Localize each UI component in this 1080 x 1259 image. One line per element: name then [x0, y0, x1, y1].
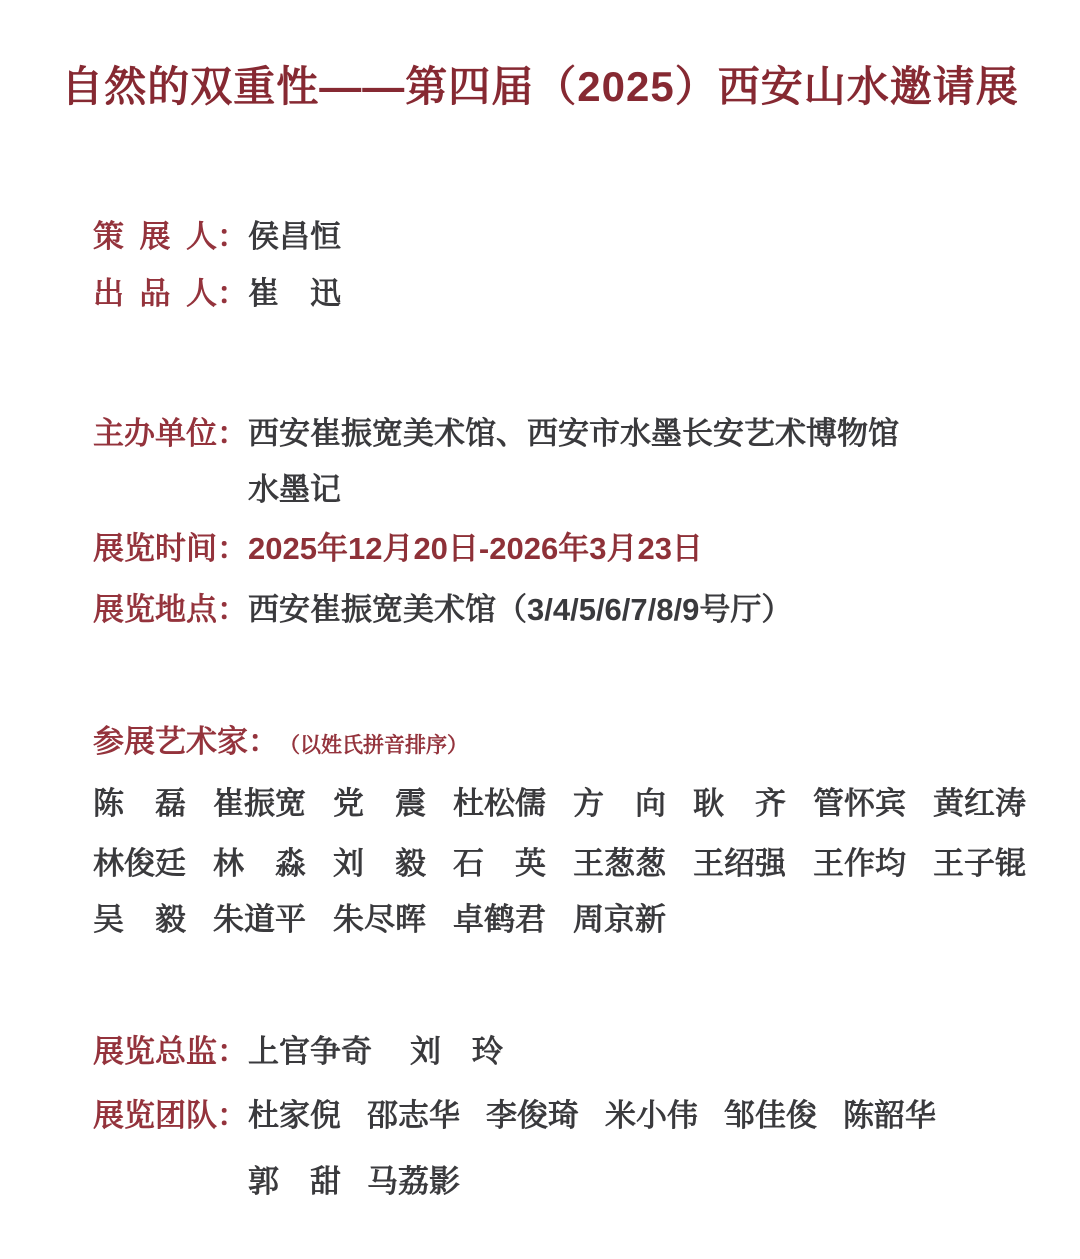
organizer-label: 主办单位	[93, 408, 217, 453]
artist-name: 王作均	[813, 838, 906, 883]
organizer-row-line2: 水墨记	[248, 464, 341, 509]
venue-colon: ：	[217, 584, 248, 629]
artist-name: 王葱葱	[573, 838, 666, 883]
exhibition-team-row-line2: 郭 甜马荔影	[248, 1156, 460, 1201]
artist-name: 林俊廷	[93, 838, 186, 883]
artist-name: 王子锟	[933, 838, 1026, 883]
exhibition-team-row: 展览团队：杜家倪邵志华李俊琦米小伟邹佳俊陈韶华	[93, 1090, 936, 1135]
artist-name: 耿 齐	[693, 778, 786, 823]
artists-list-3: 吴 毅朱道平朱尽晖卓鹤君周京新	[93, 894, 666, 939]
curator-row: 策 展 人：侯昌恒	[93, 211, 341, 256]
artist-name: 朱道平	[213, 894, 306, 939]
director-name: 刘 玲	[410, 1026, 503, 1071]
dates-label: 展览时间	[93, 523, 217, 568]
venue-label: 展览地点	[93, 584, 217, 629]
exhibition-director-row: 展览总监：上官争奇刘 玲	[93, 1026, 503, 1071]
artist-name: 杜松儒	[453, 778, 546, 823]
artist-name: 王绍强	[693, 838, 786, 883]
artist-name: 刘 毅	[333, 838, 426, 883]
artist-name: 卓鹤君	[453, 894, 546, 939]
artist-name: 崔振宽	[213, 778, 306, 823]
team-label: 展览团队	[93, 1090, 217, 1135]
team-colon: ：	[217, 1090, 248, 1135]
team-member-name: 李俊琦	[486, 1090, 579, 1135]
curator-name: 侯昌恒	[248, 211, 341, 256]
artist-name: 林 淼	[213, 838, 306, 883]
venue-row: 展览地点：西安崔振宽美术馆（3/4/5/6/7/8/9号厅）	[93, 584, 792, 629]
producer-colon: ：	[217, 268, 248, 313]
artists-list-2: 林俊廷林 淼刘 毅石 英王葱葱王绍强王作均王子锟	[93, 838, 1026, 883]
dates-value: 2025年12月20日-2026年3月23日	[248, 523, 703, 568]
curator-label: 策 展 人	[93, 211, 217, 256]
artist-name: 党 震	[333, 778, 426, 823]
artist-name: 周京新	[573, 894, 666, 939]
team-member-name: 米小伟	[605, 1090, 698, 1135]
team-member-name: 陈韶华	[843, 1090, 936, 1135]
artists-row-2: 林俊廷林 淼刘 毅石 英王葱葱王绍强王作均王子锟	[93, 838, 1026, 883]
team-names-1: 杜家倪邵志华李俊琦米小伟邹佳俊陈韶华	[248, 1090, 936, 1135]
artists-row-1: 陈 磊崔振宽党 震杜松儒方 向耿 齐管怀宾黄红涛	[93, 778, 1026, 823]
artist-name: 石 英	[453, 838, 546, 883]
venue-value: 西安崔振宽美术馆（3/4/5/6/7/8/9号厅）	[248, 584, 792, 629]
artist-name: 陈 磊	[93, 778, 186, 823]
team-member-name: 杜家倪	[248, 1090, 341, 1135]
curator-colon: ：	[217, 211, 248, 256]
artist-name: 吴 毅	[93, 894, 186, 939]
organizer-colon: ：	[217, 408, 248, 453]
team-member-name: 马荔影	[367, 1156, 460, 1201]
artists-heading-row: 参展艺术家：（以姓氏拼音排序）	[93, 716, 468, 761]
director-names: 上官争奇刘 玲	[248, 1026, 503, 1071]
artists-row-3: 吴 毅朱道平朱尽晖卓鹤君周京新	[93, 894, 666, 939]
organizer-value: 西安崔振宽美术馆、西安市水墨长安艺术博物馆	[248, 408, 899, 453]
team-member-name: 邹佳俊	[724, 1090, 817, 1135]
organizer-row: 主办单位：西安崔振宽美术馆、西安市水墨长安艺术博物馆	[93, 408, 899, 453]
producer-row: 出 品 人：崔 迅	[93, 268, 341, 313]
exhibition-dates-row: 展览时间：2025年12月20日-2026年3月23日	[93, 523, 703, 568]
artist-name: 方 向	[573, 778, 666, 823]
artists-heading: 参展艺术家	[93, 716, 248, 761]
producer-label: 出 品 人	[93, 268, 217, 313]
artists-heading-colon: ：	[248, 716, 279, 761]
dates-colon: ：	[217, 523, 248, 568]
artist-name: 黄红涛	[933, 778, 1026, 823]
director-label: 展览总监	[93, 1026, 217, 1071]
organizer-value-line2: 水墨记	[248, 464, 341, 509]
artist-name: 管怀宾	[813, 778, 906, 823]
exhibition-announcement: 自然的双重性——第四届（2025）西安山水邀请展 策 展 人：侯昌恒 出 品 人…	[0, 0, 1080, 1259]
page-title: 自然的双重性——第四届（2025）西安山水邀请展	[0, 54, 1080, 114]
artists-list-1: 陈 磊崔振宽党 震杜松儒方 向耿 齐管怀宾黄红涛	[93, 778, 1026, 823]
producer-name: 崔 迅	[248, 268, 341, 313]
team-member-name: 邵志华	[367, 1090, 460, 1135]
artist-name: 朱尽晖	[333, 894, 426, 939]
team-names-2: 郭 甜马荔影	[248, 1156, 460, 1201]
director-colon: ：	[217, 1026, 248, 1071]
director-name: 上官争奇	[248, 1026, 372, 1071]
artists-sort-note: （以姓氏拼音排序）	[279, 729, 468, 759]
team-member-name: 郭 甜	[248, 1156, 341, 1201]
